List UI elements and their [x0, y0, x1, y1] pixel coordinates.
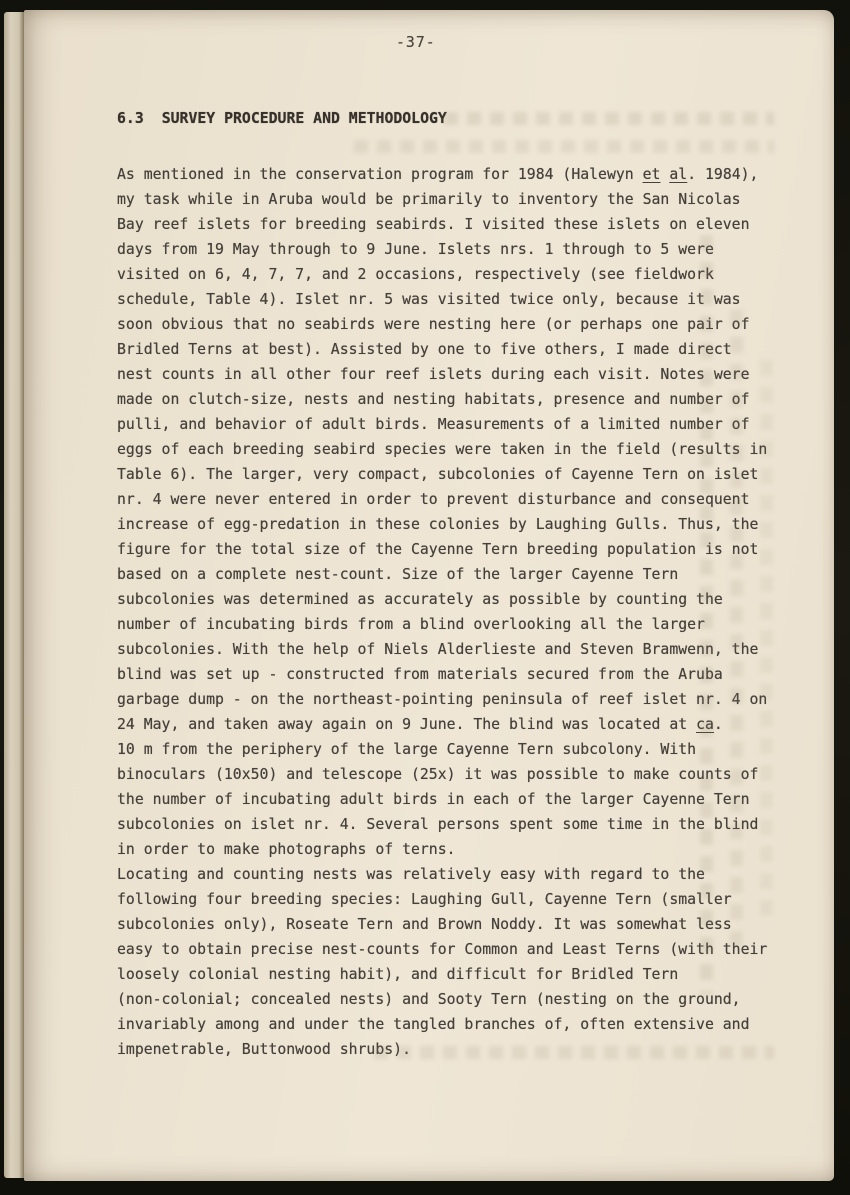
paragraph-line: soon obvious that no seabirds were nesti…	[117, 316, 792, 341]
paragraph-line: subcolonies was determined as accurately…	[117, 591, 792, 616]
ink-bleed-through	[700, 235, 713, 995]
section-number: 6.3	[117, 110, 144, 127]
paragraph-line: garbage dump - on the northeast-pointing…	[117, 691, 792, 716]
ink-bleed-through	[730, 310, 743, 950]
paragraph-line: blind was set up - constructed from mate…	[117, 666, 792, 691]
paragraph-line: eggs of each breeding seabird species we…	[117, 441, 792, 466]
paragraph-line: (non-colonial; concealed nests) and Soot…	[117, 991, 792, 1016]
document-page: -37- 6.3SURVEY PROCEDURE AND METHODOLOGY…	[24, 10, 834, 1181]
book-page-edges	[4, 12, 24, 1178]
paragraph-line: Locating and counting nests was relative…	[117, 866, 792, 891]
section-title: SURVEY PROCEDURE AND METHODOLOGY	[162, 110, 447, 127]
paragraph-line: days from 19 May through to 9 June. Isle…	[117, 241, 792, 266]
ink-bleed-through	[444, 112, 774, 125]
paragraph-line: number of incubating birds from a blind …	[117, 616, 792, 641]
paragraph-line: increase of egg-predation in these colon…	[117, 516, 792, 541]
paragraph-line: subcolonies on islet nr. 4. Several pers…	[117, 816, 792, 841]
paragraph-line: made on clutch-size, nests and nesting h…	[117, 391, 792, 416]
ink-bleed-through	[354, 140, 774, 153]
scanned-book-photo: -37- 6.3SURVEY PROCEDURE AND METHODOLOGY…	[0, 0, 850, 1195]
paragraph-line: subcolonies only), Roseate Tern and Brow…	[117, 916, 792, 941]
paragraph-line: in order to make photographs of terns.	[117, 841, 792, 866]
paragraph-line: pulli, and behavior of adult birds. Meas…	[117, 416, 792, 441]
paragraph-line: binoculars (10x50) and telescope (25x) i…	[117, 766, 792, 791]
section-heading: 6.3SURVEY PROCEDURE AND METHODOLOGY	[117, 110, 447, 127]
ink-bleed-through	[760, 360, 773, 920]
paragraph-line: the number of incubating adult birds in …	[117, 791, 792, 816]
paragraph-line: easy to obtain precise nest-counts for C…	[117, 941, 792, 966]
paragraph-line: 10 m from the periphery of the large Cay…	[117, 741, 792, 766]
paragraph-line: Table 6). The larger, very compact, subc…	[117, 466, 792, 491]
paragraph-line: visited on 6, 4, 7, 7, and 2 occasions, …	[117, 266, 792, 291]
page-number: -37-	[396, 34, 436, 51]
paragraph-line: loosely colonial nesting habit), and dif…	[117, 966, 792, 991]
paragraph-line: nest counts in all other four reef islet…	[117, 366, 792, 391]
paragraph-line: based on a complete nest-count. Size of …	[117, 566, 792, 591]
paragraph-line: nr. 4 were never entered in order to pre…	[117, 491, 792, 516]
paragraph-line: subcolonies. With the help of Niels Alde…	[117, 641, 792, 666]
paragraph-line: following four breeding species: Laughin…	[117, 891, 792, 916]
paragraph-line: invariably among and under the tangled b…	[117, 1016, 792, 1041]
paragraph-line: my task while in Aruba would be primaril…	[117, 191, 792, 216]
paragraph-line: schedule, Table 4). Islet nr. 5 was visi…	[117, 291, 792, 316]
paragraph-line: As mentioned in the conservation program…	[117, 166, 792, 191]
paragraph-line: Bridled Terns at best). Assisted by one …	[117, 341, 792, 366]
paragraph-line: 24 May, and taken away again on 9 June. …	[117, 716, 792, 741]
paragraph-line: Bay reef islets for breeding seabirds. I…	[117, 216, 792, 241]
paragraph: As mentioned in the conservation program…	[117, 166, 792, 1066]
paragraph-line: figure for the total size of the Cayenne…	[117, 541, 792, 566]
ink-bleed-through	[374, 1046, 774, 1059]
